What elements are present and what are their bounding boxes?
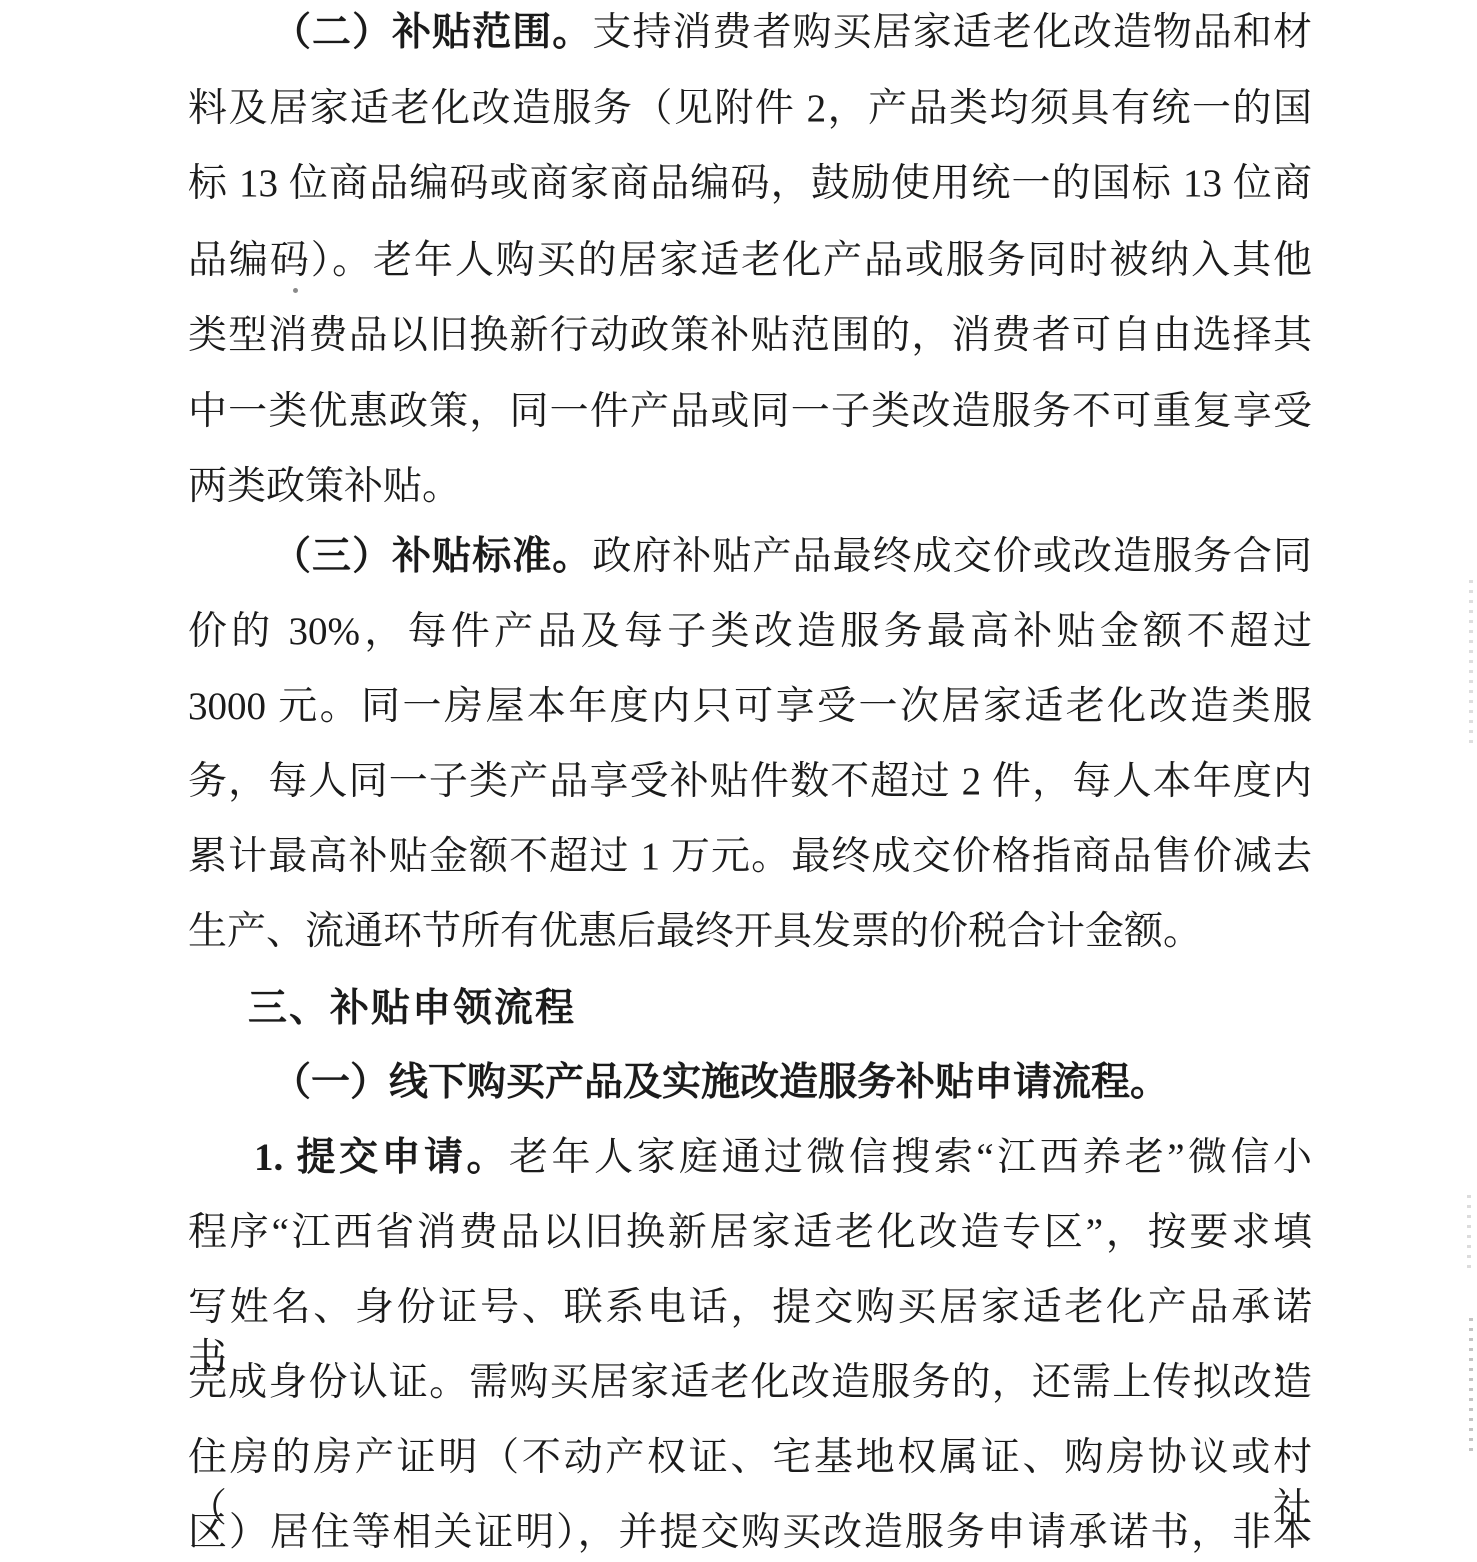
section-heading-text: 三、补贴申领流程 bbox=[248, 987, 576, 1030]
scan-artifact bbox=[1467, 1195, 1471, 1270]
scan-speck bbox=[293, 288, 298, 293]
body-text: 料及居家适老化改造服务（见附件 2，产品类均须具有统一的国 bbox=[188, 87, 1312, 130]
paragraph-line: 标 13 位商品编码或商家商品编码，鼓励使用统一的国标 13 位商 bbox=[188, 159, 1312, 221]
paragraph-line: 写姓名、身份证号、联系电话，提交购买居家适老化产品承诺书， bbox=[188, 1283, 1312, 1345]
body-text: 完成身份认证。需购买居家适老化改造服务的，还需上传拟改造 bbox=[188, 1361, 1312, 1404]
body-text: 累计最高补贴金额不超过 1 万元。最终成交价格指商品售价减去 bbox=[188, 835, 1312, 878]
paragraph-line: （二）补贴范围。支持消费者购买居家适老化改造物品和材 bbox=[188, 8, 1312, 70]
paragraph-line: 两类政策补贴。 bbox=[188, 462, 1312, 524]
paragraph-line: 完成身份认证。需购买居家适老化改造服务的，还需上传拟改造 bbox=[188, 1358, 1312, 1420]
scan-artifact bbox=[1469, 580, 1473, 745]
subsection-heading-line: （一）线下购买产品及实施改造服务补贴申请流程。 bbox=[188, 1058, 1312, 1120]
body-text: 3000 元。同一房屋本年度内只可享受一次居家适老化改造类服 bbox=[188, 685, 1312, 728]
paragraph-line: 务，每人同一子类产品享受补贴件数不超过 2 件，每人本年度内 bbox=[188, 757, 1312, 819]
paragraph-line: 程序“江西省消费品以旧换新居家适老化改造专区”，按要求填 bbox=[188, 1208, 1312, 1270]
body-text: 类型消费品以旧换新行动政策补贴范围的，消费者可自由选择其 bbox=[188, 314, 1312, 357]
body-text: 务，每人同一子类产品享受补贴件数不超过 2 件，每人本年度内 bbox=[188, 760, 1312, 803]
document-page: （二）补贴范围。支持消费者购买居家适老化改造物品和材 料及居家适老化改造服务（见… bbox=[0, 0, 1477, 1562]
body-text: 中一类优惠政策，同一件产品或同一子类改造服务不可重复享受 bbox=[188, 390, 1312, 433]
body-text: 政府补贴产品最终成交价或改造服务合同 bbox=[592, 535, 1312, 578]
body-text: 老年人家庭通过微信搜索“江西养老”微信小 bbox=[509, 1136, 1312, 1179]
paragraph-line: 价的 30%，每件产品及每子类改造服务最高补贴金额不超过 bbox=[188, 607, 1312, 669]
subsection-heading: （二）补贴范围。 bbox=[272, 11, 592, 54]
body-text: 生产、流通环节所有优惠后最终开具发票的价税合计金额。 bbox=[188, 910, 1202, 953]
paragraph-line: 累计最高补贴金额不超过 1 万元。最终成交价格指商品售价减去 bbox=[188, 832, 1312, 894]
paragraph-line: 住房的房产证明（不动产权证、宅基地权属证、购房协议或村（社 bbox=[188, 1433, 1312, 1495]
subsection-heading: （三）补贴标准。 bbox=[272, 535, 592, 578]
paragraph-line: 生产、流通环节所有优惠后最终开具发票的价税合计金额。 bbox=[188, 907, 1312, 969]
body-text: 品编码）。老年人购买的居家适老化产品或服务同时被纳入其他 bbox=[188, 239, 1312, 282]
body-text: 支持消费者购买居家适老化改造物品和材 bbox=[592, 11, 1312, 54]
body-text: 价的 30%，每件产品及每子类改造服务最高补贴金额不超过 bbox=[188, 610, 1312, 653]
paragraph-line: （三）补贴标准。政府补贴产品最终成交价或改造服务合同 bbox=[188, 532, 1312, 594]
scan-artifact bbox=[1469, 1318, 1473, 1453]
section-heading: 三、补贴申领流程 bbox=[188, 984, 1312, 1046]
numbered-item-heading: 1. 提交申请。 bbox=[254, 1136, 509, 1179]
body-text: 程序“江西省消费品以旧换新居家适老化改造专区”，按要求填 bbox=[188, 1211, 1312, 1254]
paragraph-line: 料及居家适老化改造服务（见附件 2，产品类均须具有统一的国 bbox=[188, 84, 1312, 146]
paragraph-line: 1. 提交申请。老年人家庭通过微信搜索“江西养老”微信小 bbox=[188, 1133, 1312, 1195]
paragraph-line: 区）居住等相关证明），并提交购买改造服务申请承诺书，非本 bbox=[188, 1508, 1312, 1562]
paragraph-line: 3000 元。同一房屋本年度内只可享受一次居家适老化改造类服 bbox=[188, 682, 1312, 744]
body-text: 两类政策补贴。 bbox=[188, 465, 461, 508]
body-text: 区）居住等相关证明），并提交购买改造服务申请承诺书，非本 bbox=[188, 1511, 1312, 1554]
paragraph-line: 中一类优惠政策，同一件产品或同一子类改造服务不可重复享受 bbox=[188, 387, 1312, 449]
paragraph-line: 品编码）。老年人购买的居家适老化产品或服务同时被纳入其他 bbox=[188, 236, 1312, 298]
paragraph-line: 类型消费品以旧换新行动政策补贴范围的，消费者可自由选择其 bbox=[188, 311, 1312, 373]
body-text: 标 13 位商品编码或商家商品编码，鼓励使用统一的国标 13 位商 bbox=[188, 162, 1312, 205]
subsection-heading-text: （一）线下购买产品及实施改造服务补贴申请流程。 bbox=[272, 1061, 1169, 1104]
